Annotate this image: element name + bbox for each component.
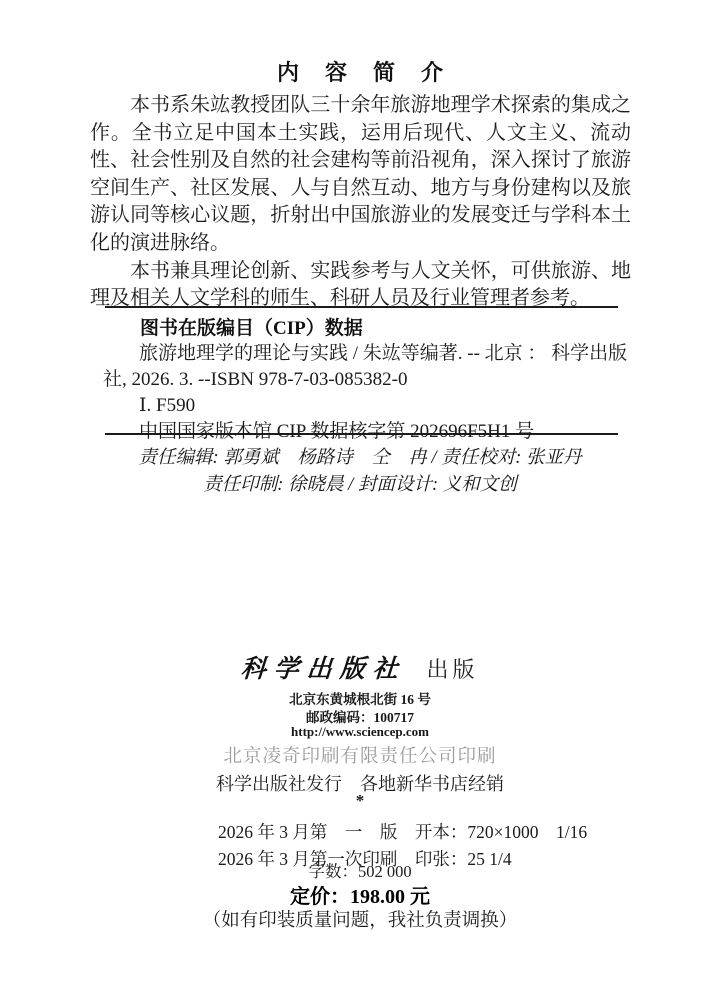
- intro-paragraph-2: 本书兼具理论创新、实践参考与人文关怀，可供旅游、地理及相关人文学科的师生、科研人…: [90, 258, 631, 313]
- cip-bottom-rule: [105, 433, 618, 435]
- staff-editors-line: 责任编辑: 郭勇斌 杨路诗 仝 冉 / 责任校对: 张亚丹: [0, 443, 720, 469]
- cip-record: 旅游地理学的理论与实践 / 朱竑等编著. -- 北京 ： 科学出版 社, 202…: [103, 341, 620, 445]
- cip-registry-line: 中国国家版本馆 CIP 数据核字第 202696F5H1 号: [103, 419, 620, 445]
- intro-body: 本书系朱竑教授团队三十余年旅游地理学术探索的集成之作。全书立足中国本土实践，运用…: [90, 92, 631, 313]
- printer-line: 北京凌奇印刷有限责任公司印刷: [0, 742, 720, 768]
- cip-record-line-2: 社, 2026. 3. --ISBN 978-7-03-085382-0: [103, 367, 620, 393]
- publisher-logo-row: 科学出版社 出版: [0, 649, 720, 685]
- exchange-note: （如有印装质量问题，我社负责调换）: [0, 906, 720, 932]
- edition-line: 2026 年 3 月第 一 版 开本：720×1000 1/16: [218, 819, 587, 846]
- publisher-website: http://www.sciencep.com: [0, 724, 720, 740]
- publisher-logo-text: 科学出版社: [240, 649, 408, 685]
- publisher-logo-suffix: 出版: [427, 653, 479, 684]
- publisher-postcode: 邮政编码：100717: [0, 706, 720, 726]
- cip-heading: 图书在版编目（CIP）数据: [140, 313, 363, 340]
- intro-paragraph-1: 本书系朱竑教授团队三十余年旅游地理学术探索的集成之作。全书立足中国本土实践，运用…: [90, 92, 631, 258]
- intro-heading: 内容简介: [0, 56, 720, 87]
- cip-record-line-1: 旅游地理学的理论与实践 / 朱竑等编著. -- 北京 ： 科学出版: [103, 341, 620, 367]
- staff-production-line: 责任印制: 徐晓晨 / 封面设计: 义和文创: [0, 470, 720, 496]
- cip-top-rule: [105, 306, 618, 308]
- word-count-line: 字数：502 000: [0, 858, 720, 882]
- cip-classification-line: Ⅰ. F590: [103, 393, 620, 419]
- book-copyright-page: 内容简介 本书系朱竑教授团队三十余年旅游地理学术探索的集成之作。全书立足中国本土…: [0, 0, 720, 1000]
- price-line: 定价：198.00 元: [0, 880, 720, 909]
- publisher-address: 北京东黄城根北街 16 号: [0, 688, 720, 708]
- separator-asterisk: *: [0, 791, 720, 811]
